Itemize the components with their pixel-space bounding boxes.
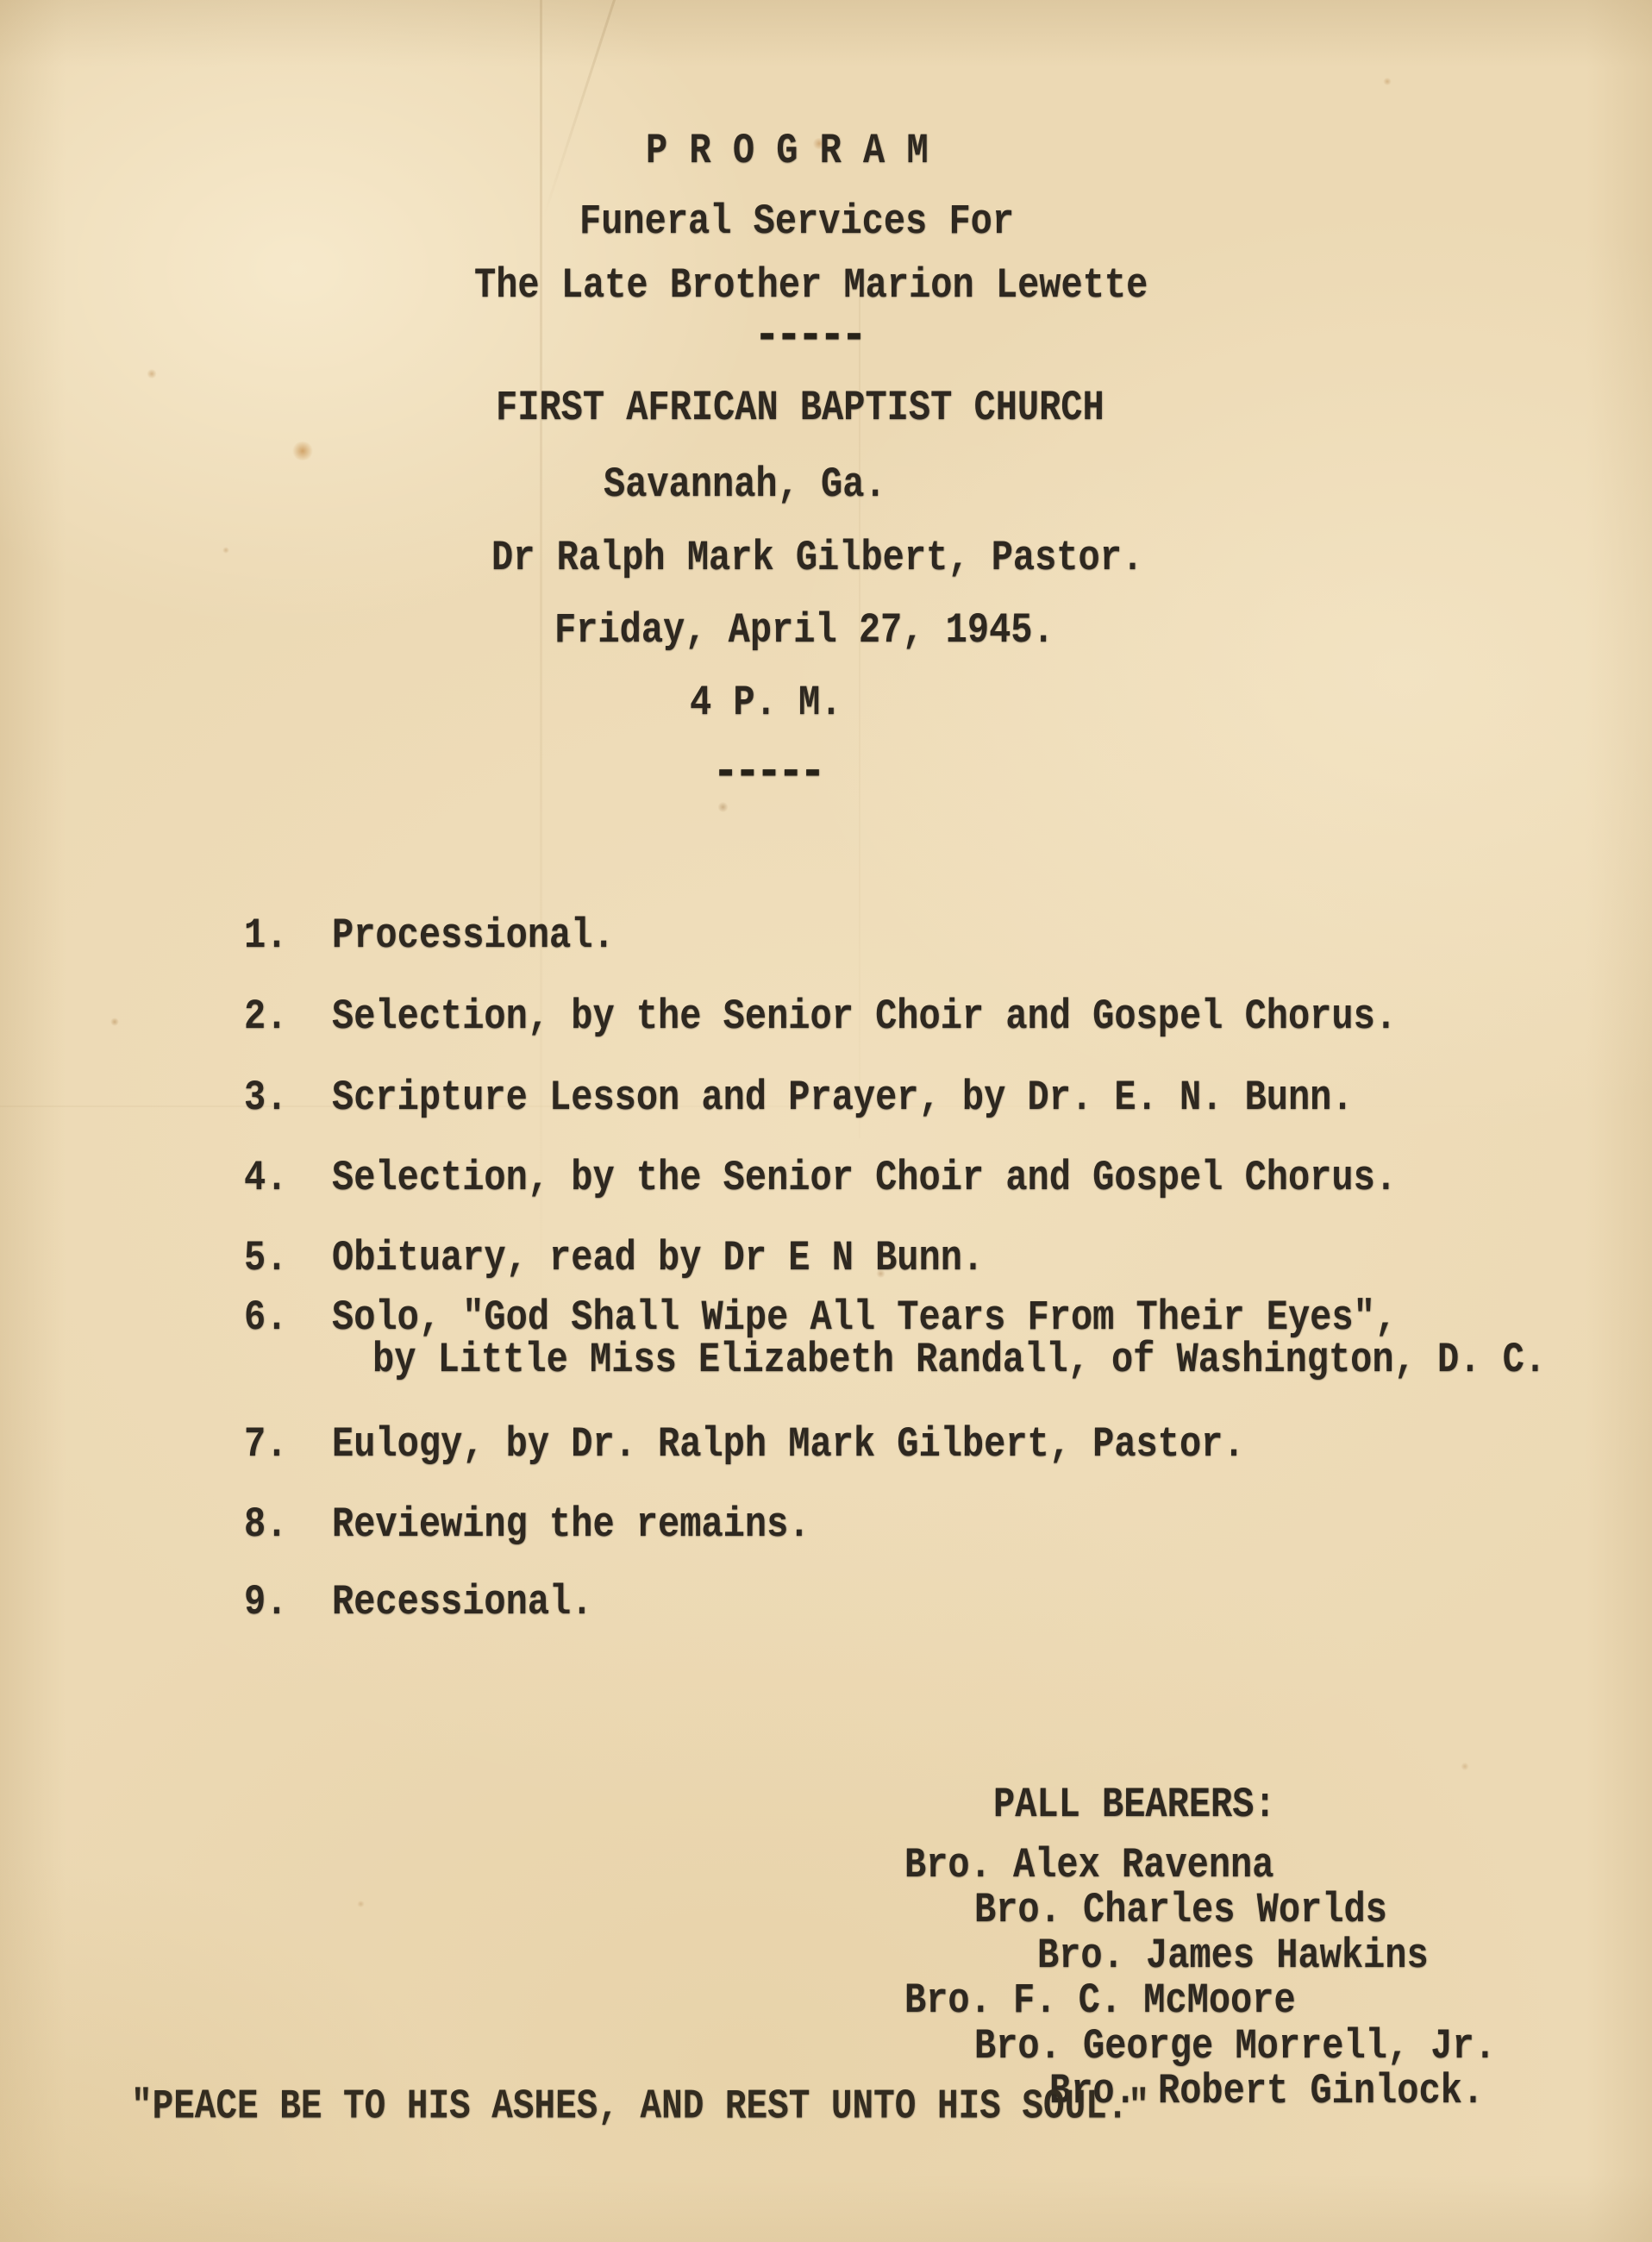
paper-stain xyxy=(1383,78,1392,85)
pall-bearer-name: Bro. Charles Worlds xyxy=(974,1888,1387,1932)
pall-bearer-name: Bro. F. C. McMoore xyxy=(904,1979,1296,2022)
order-item-text: Obituary, read by Dr E N Bunn. xyxy=(332,1237,984,1280)
pastor-line: Dr Ralph Mark Gilbert, Pastor. xyxy=(491,536,1143,579)
pall-bearers-heading: PALL BEARERS: xyxy=(993,1783,1276,1826)
paper-stain xyxy=(222,547,229,554)
order-item-text: Eulogy, by Dr. Ralph Mark Gilbert, Pasto… xyxy=(332,1423,1245,1466)
paper-stain xyxy=(291,442,314,460)
order-item-text: Selection, by the Senior Choir and Gospe… xyxy=(332,995,1397,1038)
order-item-number: 3. xyxy=(244,1076,287,1119)
order-item-number: 9. xyxy=(244,1581,287,1624)
order-item-number: 7. xyxy=(244,1423,287,1466)
service-time: 4 P. M. xyxy=(690,681,842,724)
pall-bearer-name: Bro. George Morrell, Jr. xyxy=(974,2025,1496,2068)
order-item-text: Recessional. xyxy=(332,1581,592,1624)
order-item-text: Reviewing the remains. xyxy=(332,1503,810,1546)
order-item-text: Selection, by the Senior Choir and Gospe… xyxy=(332,1156,1397,1199)
divider-dashes: ----- xyxy=(754,310,862,363)
paper-stain xyxy=(1461,1763,1469,1770)
church-location: Savannah, Ga. xyxy=(604,463,886,506)
paper-stain xyxy=(717,802,729,812)
order-item-number: 8. xyxy=(244,1503,287,1546)
service-date: Friday, April 27, 1945. xyxy=(554,609,1054,652)
honoree-name: The Late Brother Marion Lewette xyxy=(474,264,1148,307)
paper-crease xyxy=(540,0,542,1345)
order-item-number: 6. xyxy=(244,1296,287,1339)
paper-stain xyxy=(147,369,157,379)
paper-stain xyxy=(110,1018,119,1026)
pall-bearer-name: Bro. James Hawkins xyxy=(1037,1934,1429,1977)
order-item-number: 4. xyxy=(244,1156,287,1199)
order-item-text: Scripture Lesson and Prayer, by Dr. E. N… xyxy=(332,1076,1354,1119)
paper-crease xyxy=(542,0,619,219)
order-item-number: 2. xyxy=(244,995,287,1038)
closing-quote: "PEACE BE TO HIS ASHES, AND REST UNTO HI… xyxy=(131,2087,1149,2128)
pall-bearer-name: Bro. Alex Ravenna xyxy=(904,1844,1273,1887)
paper-stain xyxy=(357,1901,365,1907)
program-title: P R O G R A M xyxy=(646,129,929,172)
order-item-text-continuation: by Little Miss Elizabeth Randall, of Was… xyxy=(372,1338,1546,1381)
church-name: FIRST AFRICAN BAPTIST CHURCH xyxy=(496,386,1104,429)
divider-dashes: ----- xyxy=(712,747,821,799)
order-item-number: 5. xyxy=(244,1237,287,1280)
order-item-text: Processional. xyxy=(332,914,615,957)
scanned-program-page: P R O G R A M Funeral Services For The L… xyxy=(0,0,1652,2242)
order-item-number: 1. xyxy=(244,914,287,957)
program-subtitle: Funeral Services For xyxy=(579,200,1014,243)
order-item-text: Solo, "God Shall Wipe All Tears From The… xyxy=(332,1296,1397,1339)
